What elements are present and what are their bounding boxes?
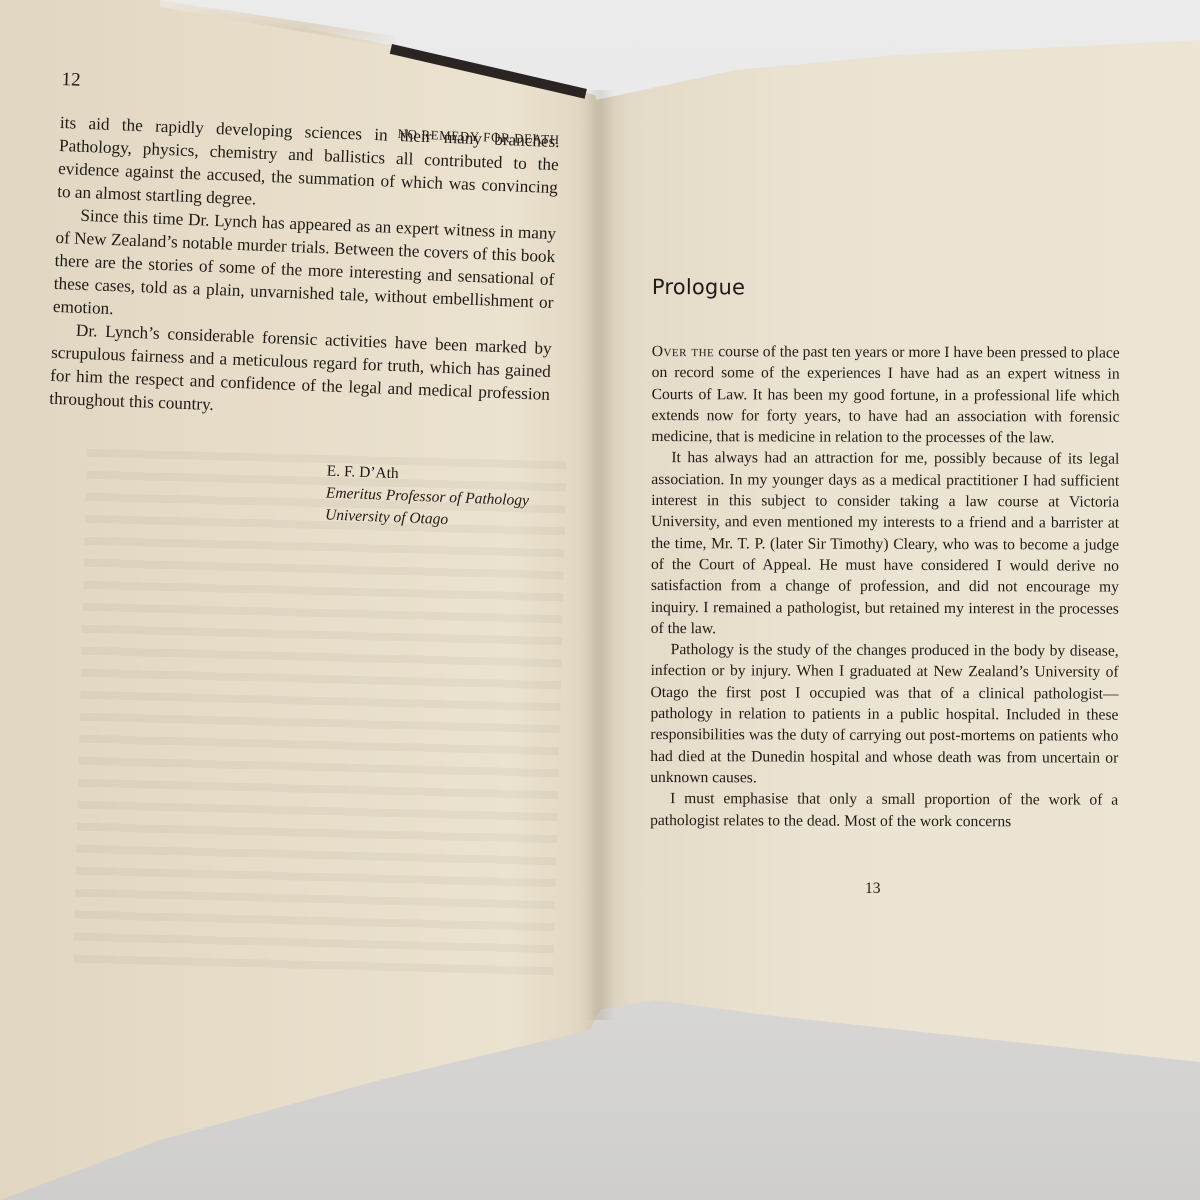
- paragraph: Over the course of the past ten years or…: [651, 341, 1119, 449]
- paragraph: It has always had an attraction for me, …: [651, 447, 1120, 640]
- paragraph: I must emphasise that only a small propo…: [650, 788, 1118, 832]
- prologue-body: Over the course of the past ten years or…: [650, 341, 1120, 832]
- foreword-body: its aid the rapidly developing sciences …: [49, 111, 560, 429]
- paragraph: Since this time Dr. Lynch has appeared a…: [52, 203, 556, 337]
- book-gutter: [585, 90, 615, 1020]
- paragraph-text: course of the past ten years or more I h…: [651, 343, 1119, 446]
- signature-block: E. F. D’Ath Emeritus Professor of Pathol…: [325, 460, 547, 534]
- paragraph: Dr. Lynch’s considerable forensic activi…: [49, 318, 552, 429]
- chapter-title: Prologue: [652, 275, 1120, 301]
- opening-smallcaps: Over the: [652, 343, 715, 360]
- right-page-content: Prologue Over the course of the past ten…: [650, 275, 1120, 832]
- page-number-right: 13: [865, 880, 881, 898]
- left-page-content: 12 NO REMEDY FOR DEATH its aid the rapid…: [45, 70, 562, 535]
- paragraph: Pathology is the study of the changes pr…: [650, 639, 1119, 790]
- book-photo: 12 NO REMEDY FOR DEATH its aid the rapid…: [0, 0, 1200, 1200]
